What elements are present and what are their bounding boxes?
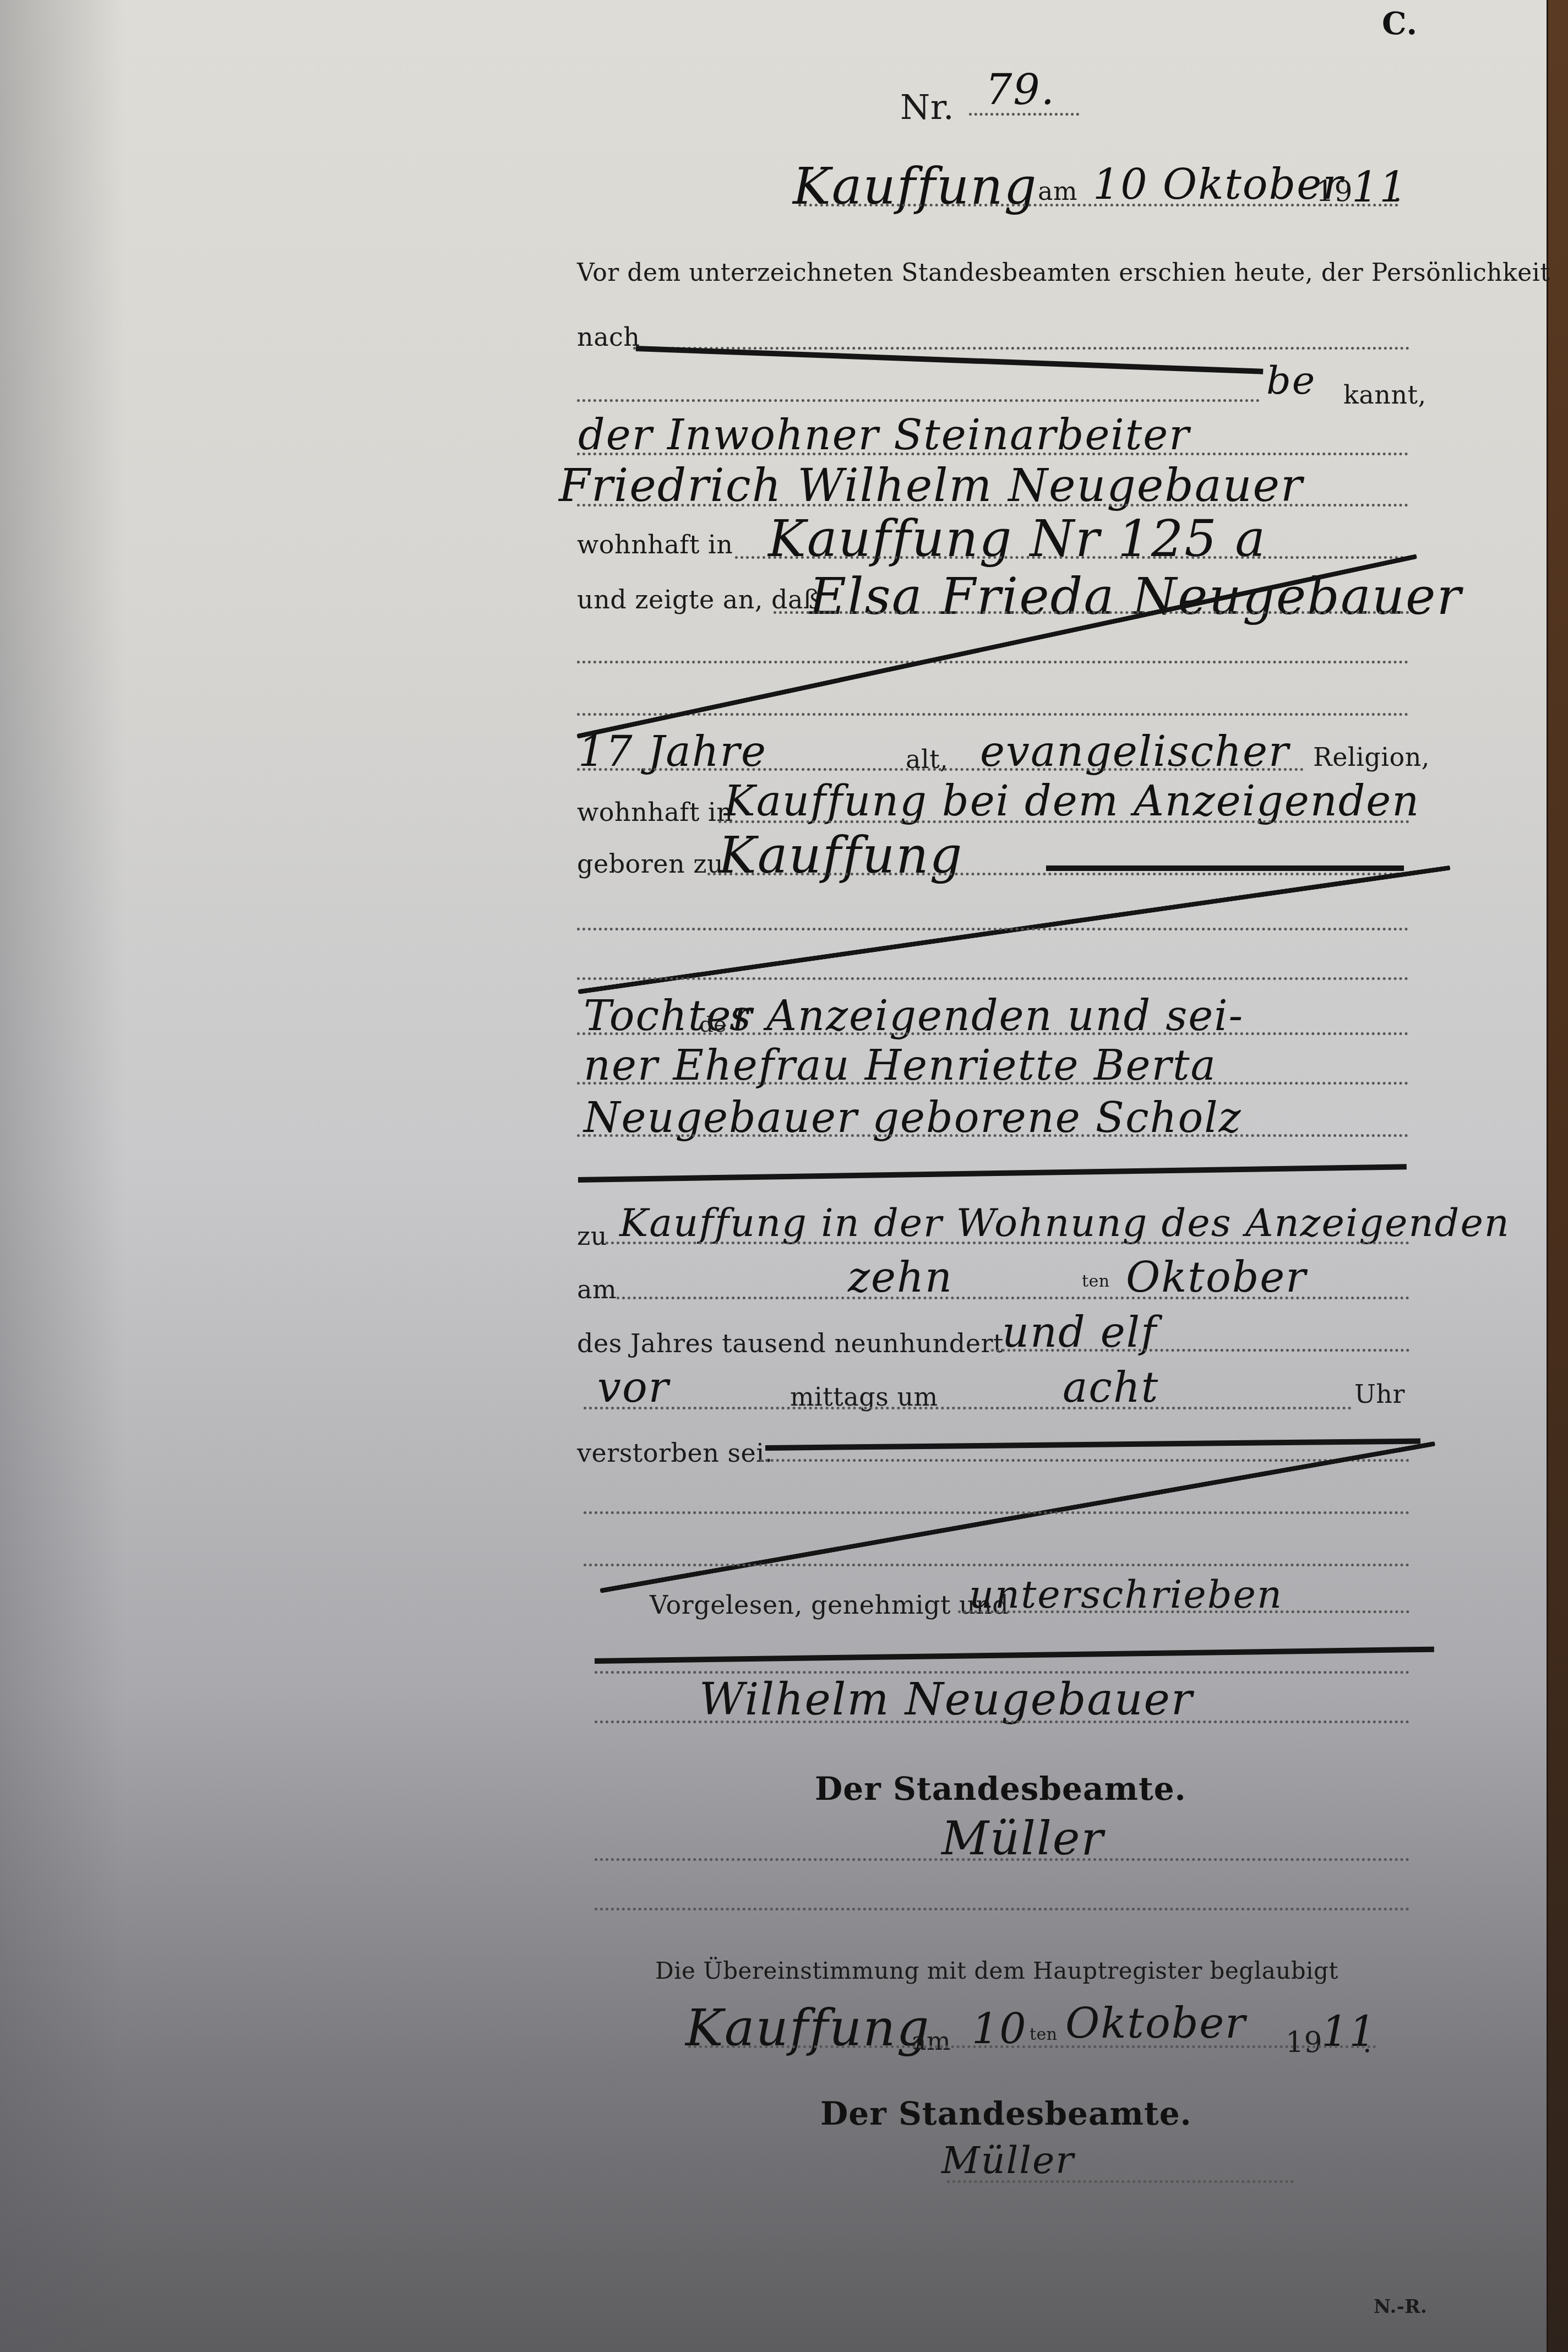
blank-dotted-line-4: [577, 977, 1408, 980]
blank-dotted-line-6: [584, 1564, 1409, 1566]
bekannt-handwritten: be: [1266, 358, 1316, 403]
bekannt-printed: kannt,: [1343, 380, 1427, 410]
printer-mark: N.-R.: [1374, 2296, 1427, 2318]
bekannt-dotted-line: [577, 399, 1260, 402]
vormittag-handwritten: vor: [597, 1363, 669, 1412]
header-am-label: am: [1038, 176, 1077, 206]
parents-dotted-line-3: [577, 1134, 1408, 1137]
geboren-dotted-line: [707, 873, 1409, 875]
uhr-label: Uhr: [1354, 1379, 1405, 1409]
death-day: zehn: [848, 1253, 953, 1302]
death-place: Kauffung in der Wohnung des Anzeigenden: [619, 1200, 1510, 1245]
wohnhaft-label: wohnhaft in: [577, 530, 733, 559]
strike-line-3a: [1046, 865, 1404, 871]
nach-label: nach: [577, 322, 640, 352]
geboren-label: geboren zu: [577, 849, 723, 879]
registrar-dotted-line-1: [595, 1858, 1409, 1861]
blank-dotted-line-1: [577, 661, 1408, 663]
corner-letter: C.: [1382, 6, 1418, 42]
certification-signature-dotted-line: [947, 2180, 1294, 2183]
informant-occupation: der Inwohner Steinarbeiter: [578, 410, 1190, 459]
certification-am-label: am: [911, 2026, 951, 2056]
vorgelesen-dotted-line: [958, 1610, 1409, 1613]
registrar-signature: Müller: [941, 1811, 1104, 1865]
certification-year-prefix: 19: [1286, 2026, 1322, 2059]
vorgelesen-label: Vorgelesen, genehmigt und: [650, 1590, 1009, 1620]
header-year-prefix: 19: [1316, 175, 1353, 208]
certification-year-end: .: [1363, 2026, 1372, 2059]
parents-dotted-line-1: [577, 1032, 1408, 1035]
am2-label: am: [577, 1275, 617, 1304]
jahres-dotted-line: [991, 1349, 1409, 1352]
birthplace: Kauffung: [718, 826, 963, 885]
verstorben-dotted-line: [760, 1459, 1409, 1462]
header-place: Kauffung: [793, 157, 1037, 216]
age-dotted-line: [577, 768, 1304, 771]
death-month: Oktober: [1126, 1253, 1307, 1302]
informant-dotted-line-2: [577, 504, 1408, 507]
certification-registrar-label: Der Standesbeamte.: [820, 2095, 1192, 2132]
jahres-label: des Jahres tausend neunhundert: [577, 1329, 1004, 1358]
wohnhaft2-dotted-line: [718, 820, 1409, 823]
informant-signature: Wilhelm Neugebauer: [699, 1674, 1193, 1725]
certification-place: Kauffung: [685, 1999, 930, 2057]
informant-dotted-line-1: [577, 453, 1408, 455]
blank-dotted-line-5: [584, 1511, 1409, 1514]
certification-registrar-signature: Müller: [941, 2139, 1075, 2182]
deceased-residence: Kauffung bei dem Anzeigenden: [724, 776, 1420, 825]
certification-dotted-line: [688, 2045, 1376, 2048]
registrar-dotted-line-2: [595, 1908, 1409, 1910]
zu-label: zu: [577, 1221, 607, 1251]
death-hour: acht: [1063, 1363, 1159, 1412]
nr-dotted-line: [969, 113, 1079, 116]
signature-dotted-line-2: [595, 1721, 1409, 1723]
intro-line: Vor dem unterzeichneten Standesbeamten e…: [577, 259, 1550, 287]
header-date: 10 Oktober: [1093, 160, 1343, 209]
blank-dotted-line-3: [577, 928, 1408, 930]
zeigte-label: und zeigte an, daß: [577, 585, 820, 614]
certification-statement: Die Übereinstimmung mit dem Hauptregiste…: [655, 1957, 1338, 1984]
nr-label: Nr.: [900, 87, 954, 127]
registrar-label: Der Standesbeamte.: [815, 1770, 1186, 1807]
informant-residence: Kauffung Nr 125 a: [768, 509, 1266, 568]
am2-dotted-line: [617, 1297, 1409, 1299]
zu-dotted-line: [606, 1242, 1409, 1244]
ten-label: ten: [1082, 1272, 1110, 1291]
certification-month: Oktober: [1065, 1999, 1246, 2048]
header-dotted-line: [798, 204, 1398, 206]
religion-label: Religion,: [1313, 742, 1430, 772]
nr-value: 79.: [986, 65, 1055, 114]
wohnhaft-dotted-line: [735, 556, 1409, 559]
nach-dotted-line: [633, 347, 1409, 350]
certification-ten-label: ten: [1030, 2025, 1058, 2044]
blank-dotted-line-2: [577, 713, 1408, 716]
hour-dotted-line: [584, 1407, 1352, 1409]
parents-dotted-line-2: [577, 1082, 1408, 1085]
header-year-end: .: [1393, 175, 1402, 208]
zeigte-dotted-line: [774, 611, 1409, 614]
wooden-table-edge: [1547, 0, 1568, 2352]
wohnhaft2-label: wohnhaft in: [577, 797, 733, 827]
verstorben-label: verstorben sei.: [577, 1438, 773, 1468]
